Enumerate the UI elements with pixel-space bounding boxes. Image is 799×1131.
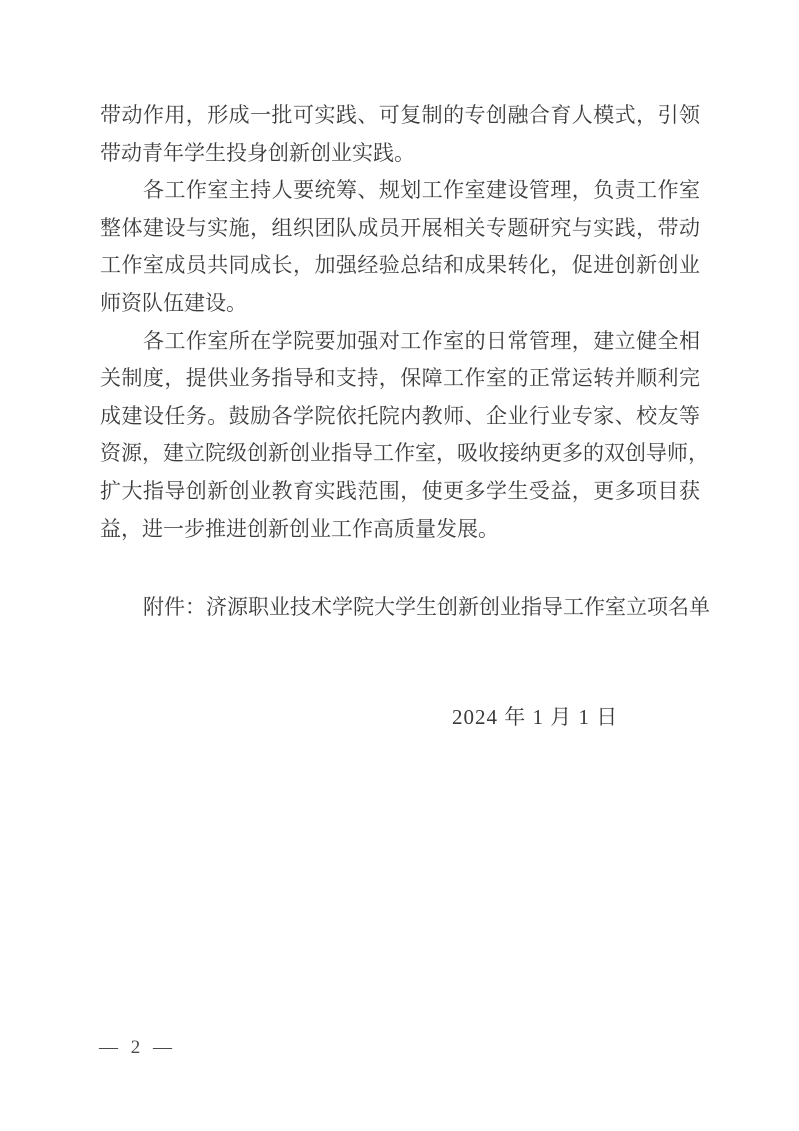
text-line: 工作室成员共同成长，加强经验总结和成果转化，促进创新创业 (100, 247, 700, 285)
date-line: 2024 年 1 月 1 日 (452, 699, 618, 737)
text-line: 成建设任务。鼓励各学院依托院内教师、企业行业专家、校友等 (100, 398, 700, 436)
text-line: 带动青年学生投身创新创业实践。 (100, 135, 700, 173)
text-line: 整体建设与实施，组织团队成员开展相关专题研究与实践，带动 (100, 210, 700, 248)
text-line: 扩大指导创新创业教育实践范围，使更多学生受益，更多项目获 (100, 473, 700, 511)
paragraph: 带动作用，形成一批可实践、可复制的专创融合育人模式，引领带动青年学生投身创新创业… (100, 97, 700, 172)
document-page: 带动作用，形成一批可实践、可复制的专创融合育人模式，引领带动青年学生投身创新创业… (0, 0, 799, 1131)
text-line: 益，进一步推进创新创业工作高质量发展。 (100, 511, 700, 549)
document-body: 带动作用，形成一批可实践、可复制的专创融合育人模式，引领带动青年学生投身创新创业… (100, 97, 700, 548)
paragraph: 各工作室所在学院要加强对工作室的日常管理，建立健全相关制度，提供业务指导和支持，… (100, 323, 700, 549)
text-line: 各工作室主持人要统筹、规划工作室建设管理，负责工作室 (100, 172, 700, 210)
paragraph: 各工作室主持人要统筹、规划工作室建设管理，负责工作室整体建设与实施，组织团队成员… (100, 172, 700, 322)
attachment-line: 附件：济源职业技术学院大学生创新创业指导工作室立项名单 (100, 589, 740, 627)
text-line: 关制度，提供业务指导和支持，保障工作室的正常运转并顺利完 (100, 360, 700, 398)
text-line: 师资队伍建设。 (100, 285, 700, 323)
text-line: 带动作用，形成一批可实践、可复制的专创融合育人模式，引领 (100, 97, 700, 135)
page-number: — 2 — (99, 1036, 176, 1060)
text-line: 资源，建立院级创新创业指导工作室，吸收接纳更多的双创导师， (100, 435, 700, 473)
text-line: 各工作室所在学院要加强对工作室的日常管理，建立健全相 (100, 323, 700, 361)
